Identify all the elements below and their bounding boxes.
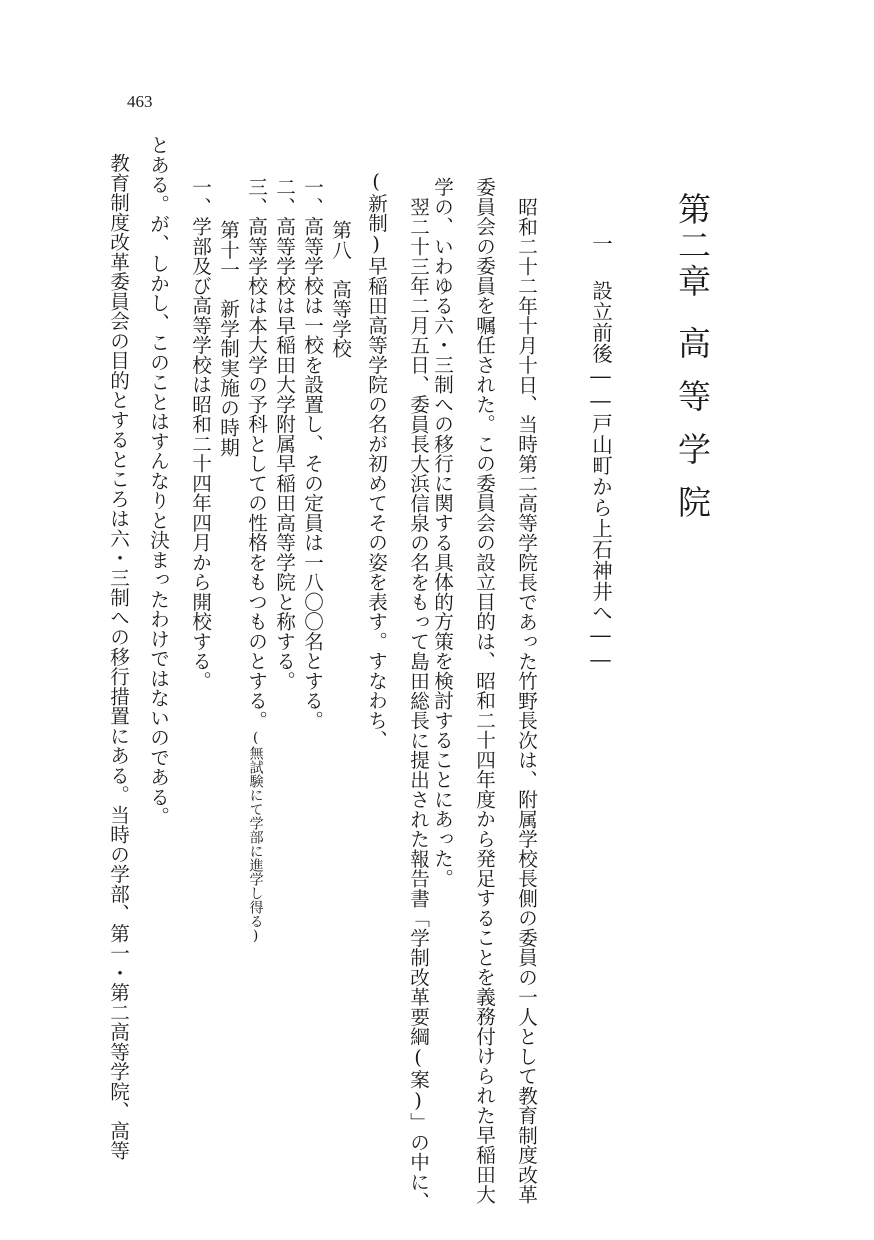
body-text: 学の、いわゆる六・三制への移行に関する具体的方策を検討することにあった。 — [431, 177, 454, 888]
quote-item: 二、高等学校は早稲田大学附属早稲田高等学院と称する。 — [274, 177, 294, 691]
quote-item: 一、学部及び高等学校は昭和二十四年四月から開校する。 — [190, 177, 210, 691]
quote-item: 一、高等学校は一校を設置し、その定員は一八〇〇名とする。 — [302, 177, 322, 730]
quote-heading-article-8: 第八 高等学校 — [330, 220, 350, 358]
quote-item-text: 一、学部及び高等学校は昭和二十四年四月から開校する。 — [189, 177, 212, 691]
section-name: 設立前後――戸山町から上石神井へ―― — [589, 280, 613, 672]
quote-heading-text: 第十一 新学制実施の時期 — [217, 220, 240, 457]
body-paragraph-line: 翌二十三年二月五日、委員長大浜信泉の名をもって島田総長に提出された報告書「学制改… — [408, 177, 428, 1211]
body-text: 教育制度改革委員会の目的とするところは六・三制への移行措置にある。当時の学部、第… — [107, 153, 130, 1160]
quote-item: 三、高等学校は本大学の予科としての性格をもつものとする。(無試験にて学部に進学し… — [246, 177, 266, 944]
body-text: 委員会の委員を嘱任された。この委員会の設立目的は、昭和二十四年度から発足すること… — [473, 177, 496, 1204]
body-paragraph-line: とある。が、しかし、このことはすんなりと決まったわけではないのである。 — [148, 135, 168, 826]
body-text: とある。が、しかし、このことはすんなりと決まったわけではないのである。 — [147, 135, 170, 826]
quote-item-text: 一、高等学校は一校を設置し、その定員は一八〇〇名とする。 — [301, 177, 324, 730]
quote-item-note: (無試験にて学部に進学し得る) — [248, 730, 264, 944]
quote-item-text: 二、高等学校は早稲田大学附属早稲田高等学院と称する。 — [273, 177, 296, 691]
body-text: 翌二十三年二月五日、委員長大浜信泉の名をもって島田総長に提出された報告書「学制改… — [407, 197, 430, 1211]
page-number: 463 — [127, 92, 153, 112]
body-paragraph-line: (新制)早稲田高等学院の名が初めてその姿を表す。すなわち、 — [366, 170, 386, 750]
quote-item-text: 三、高等学校は本大学の予科としての性格をもつものとする。 — [245, 177, 268, 730]
body-paragraph-line: 教育制度改革委員会の目的とするところは六・三制への移行措置にある。当時の学部、第… — [108, 153, 128, 1160]
body-text: (新制)早稲田高等学院の名が初めてその姿を表す。すなわち、 — [365, 170, 388, 750]
chapter-title: 第二章高等学院 — [676, 192, 709, 538]
body-paragraph-line: 委員会の委員を嘱任された。この委員会の設立目的は、昭和二十四年度から発足すること… — [474, 177, 494, 1204]
body-paragraph-line: 学の、いわゆる六・三制への移行に関する具体的方策を検討することにあった。 — [432, 177, 452, 888]
chapter-name: 高等学院 — [673, 326, 712, 538]
section-number: 一 — [589, 233, 613, 254]
chapter-number: 第二章 — [673, 192, 712, 300]
quote-heading-article-11: 第十一 新学制実施の時期 — [218, 220, 238, 457]
body-text: 昭和二十二年十月十日、当時第二高等学院長であった竹野長次は、附属学校長側の委員の… — [515, 197, 538, 1204]
body-paragraph-line: 昭和二十二年十月十日、当時第二高等学院長であった竹野長次は、附属学校長側の委員の… — [516, 177, 536, 1204]
section-title: 一設立前後――戸山町から上石神井へ―― — [590, 233, 611, 672]
quote-heading-text: 第八 高等学校 — [329, 220, 352, 358]
